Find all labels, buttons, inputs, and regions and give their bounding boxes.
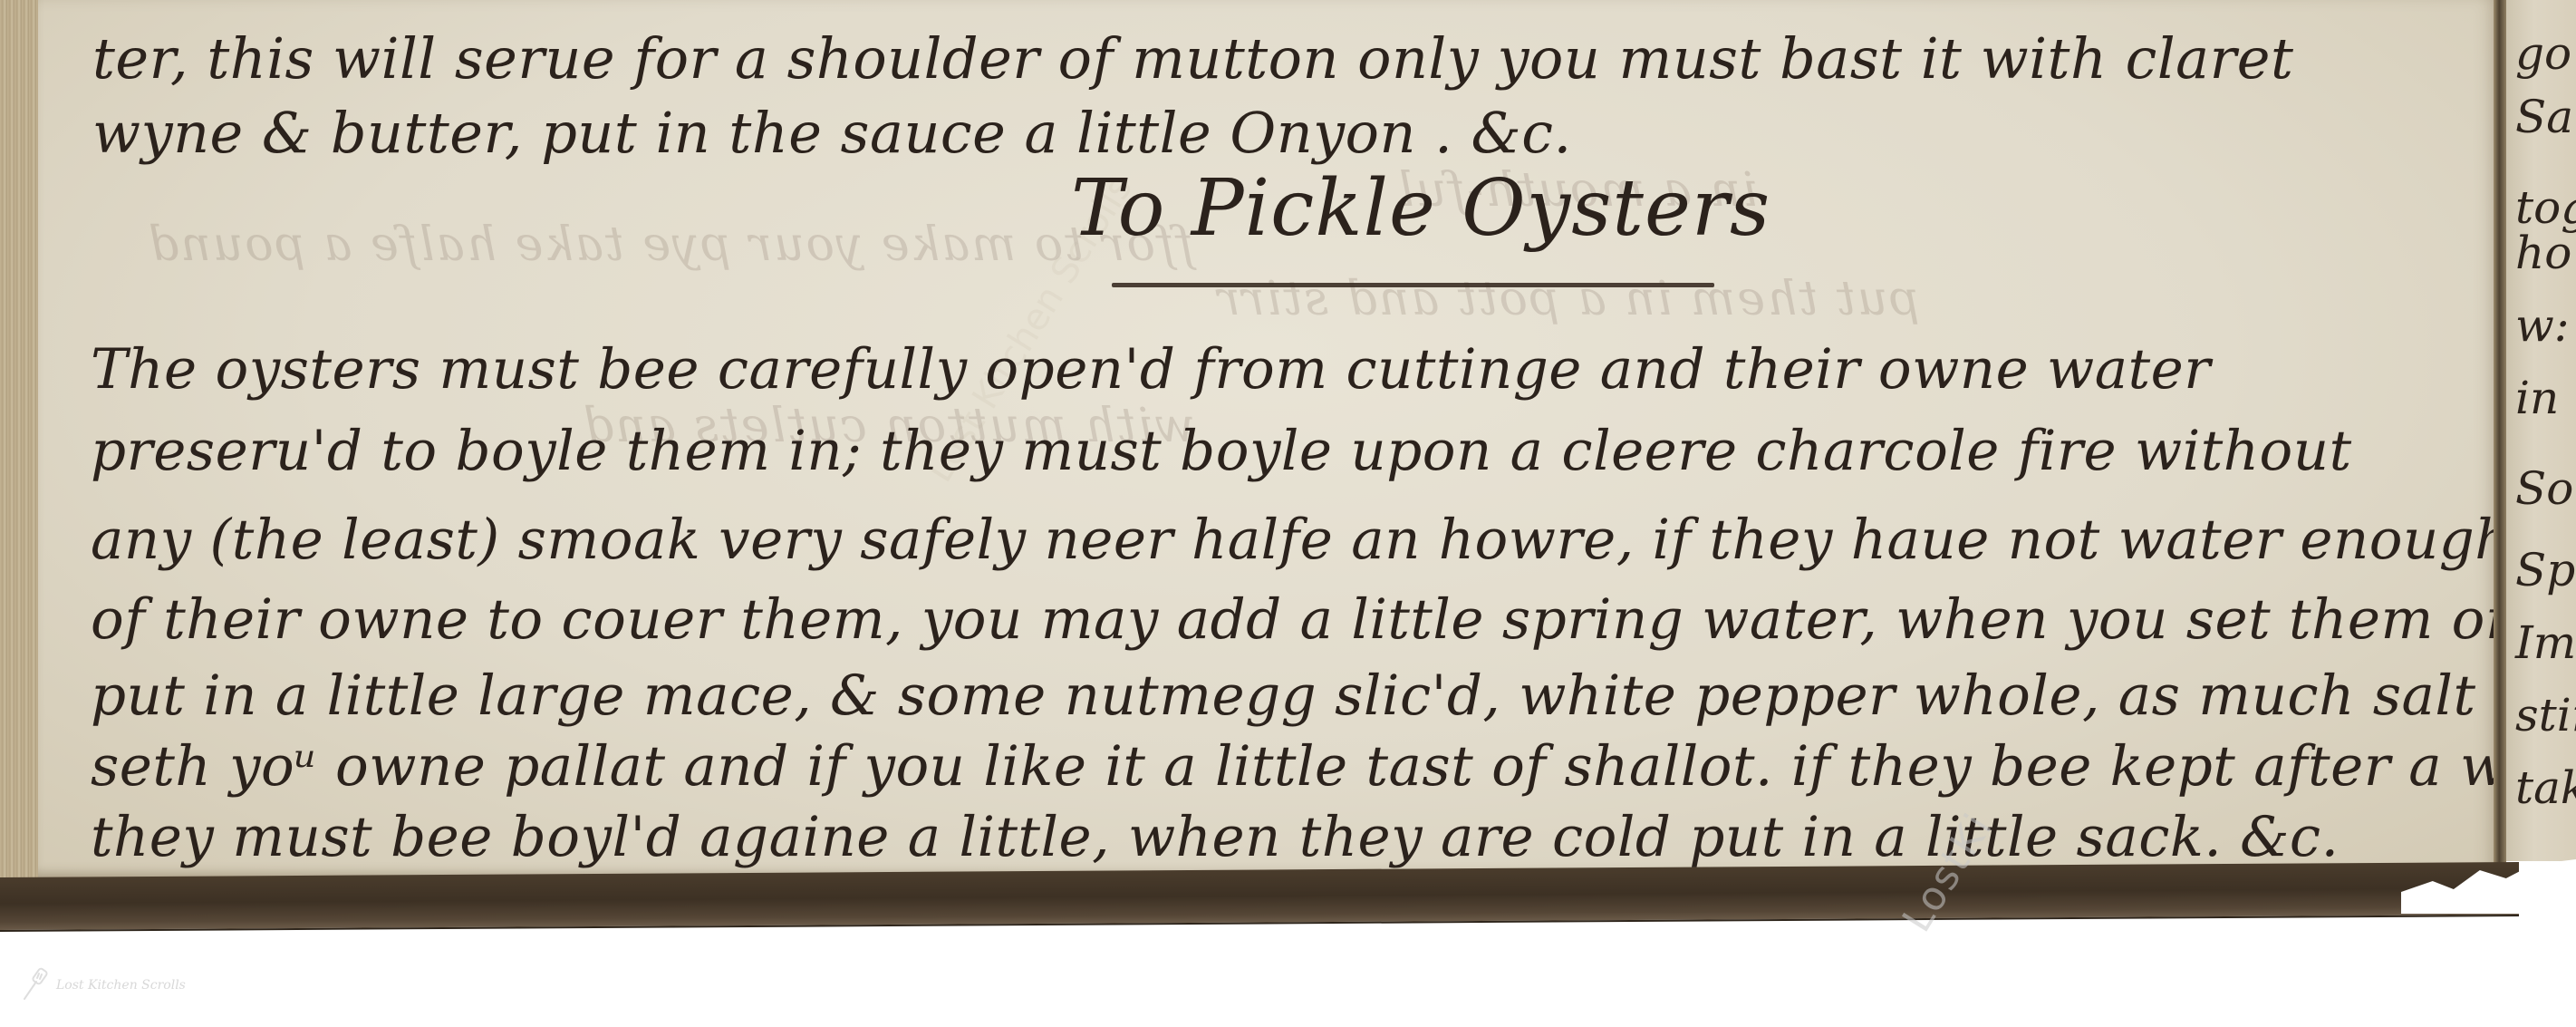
recipe-line: of their owne to couer them, you may add… [91, 587, 2576, 652]
recipe-line: seth yoᵘ owne pallat and if you like it … [91, 734, 2576, 799]
manuscript-page: ffor to make your pye take halfe a pound… [38, 0, 2501, 878]
adjacent-page-fragment: Sa [2515, 91, 2573, 143]
book-gutter [2494, 0, 2506, 866]
title-underline [1112, 283, 1714, 287]
adjacent-page-fragment: go [2515, 27, 2571, 80]
adjacent-page-fragment: Ima [2515, 616, 2576, 669]
adjacent-page-fragment: stir [2515, 689, 2576, 741]
previous-recipe-line: ter, this will serue for a shoulder of m… [92, 25, 2293, 92]
recipe-title: To Pickle Oysters [1071, 163, 1770, 254]
adjacent-page-fragment: Son [2515, 462, 2576, 515]
adjacent-page: go Sa tog ho w: in Son Spo Ima stir tak [2506, 0, 2576, 861]
adjacent-page-fragment: w: [2515, 299, 2570, 352]
recipe-line: any (the least) smoak very safely neer h… [91, 508, 2511, 572]
recipe-line: put in a little large mace, & some nutme… [91, 664, 2576, 728]
manuscript-scan: ffor to make your pye take halfe a pound… [0, 0, 2576, 943]
recipe-line: preseru'd to boyle them in; they must bo… [91, 419, 2352, 483]
page-block-edge [0, 0, 40, 884]
recipe-line: they must bee boyl'd againe a little, wh… [91, 805, 2339, 869]
watermark-logo: Lost Kitchen Scrolls [22, 965, 186, 1005]
adjacent-page-fragment: in [2515, 372, 2559, 424]
adjacent-page-fragment: ho [2515, 227, 2571, 279]
watermark-brand-label: Lost Kitchen Scrolls [56, 978, 186, 993]
bleed-through-text: ffor to make your pye take halfe a pound [147, 218, 1193, 272]
adjacent-page-fragment: tak [2515, 761, 2576, 814]
recipe-line: The oysters must bee carefully open'd fr… [91, 337, 2211, 402]
previous-recipe-line: wyne & butter, put in the sauce a little… [92, 100, 1572, 166]
adjacent-page-fragment: Spo [2515, 544, 2576, 596]
spatula-icon [22, 965, 49, 1005]
bleed-through-text: put them in a pott and stirr [1216, 272, 1920, 326]
